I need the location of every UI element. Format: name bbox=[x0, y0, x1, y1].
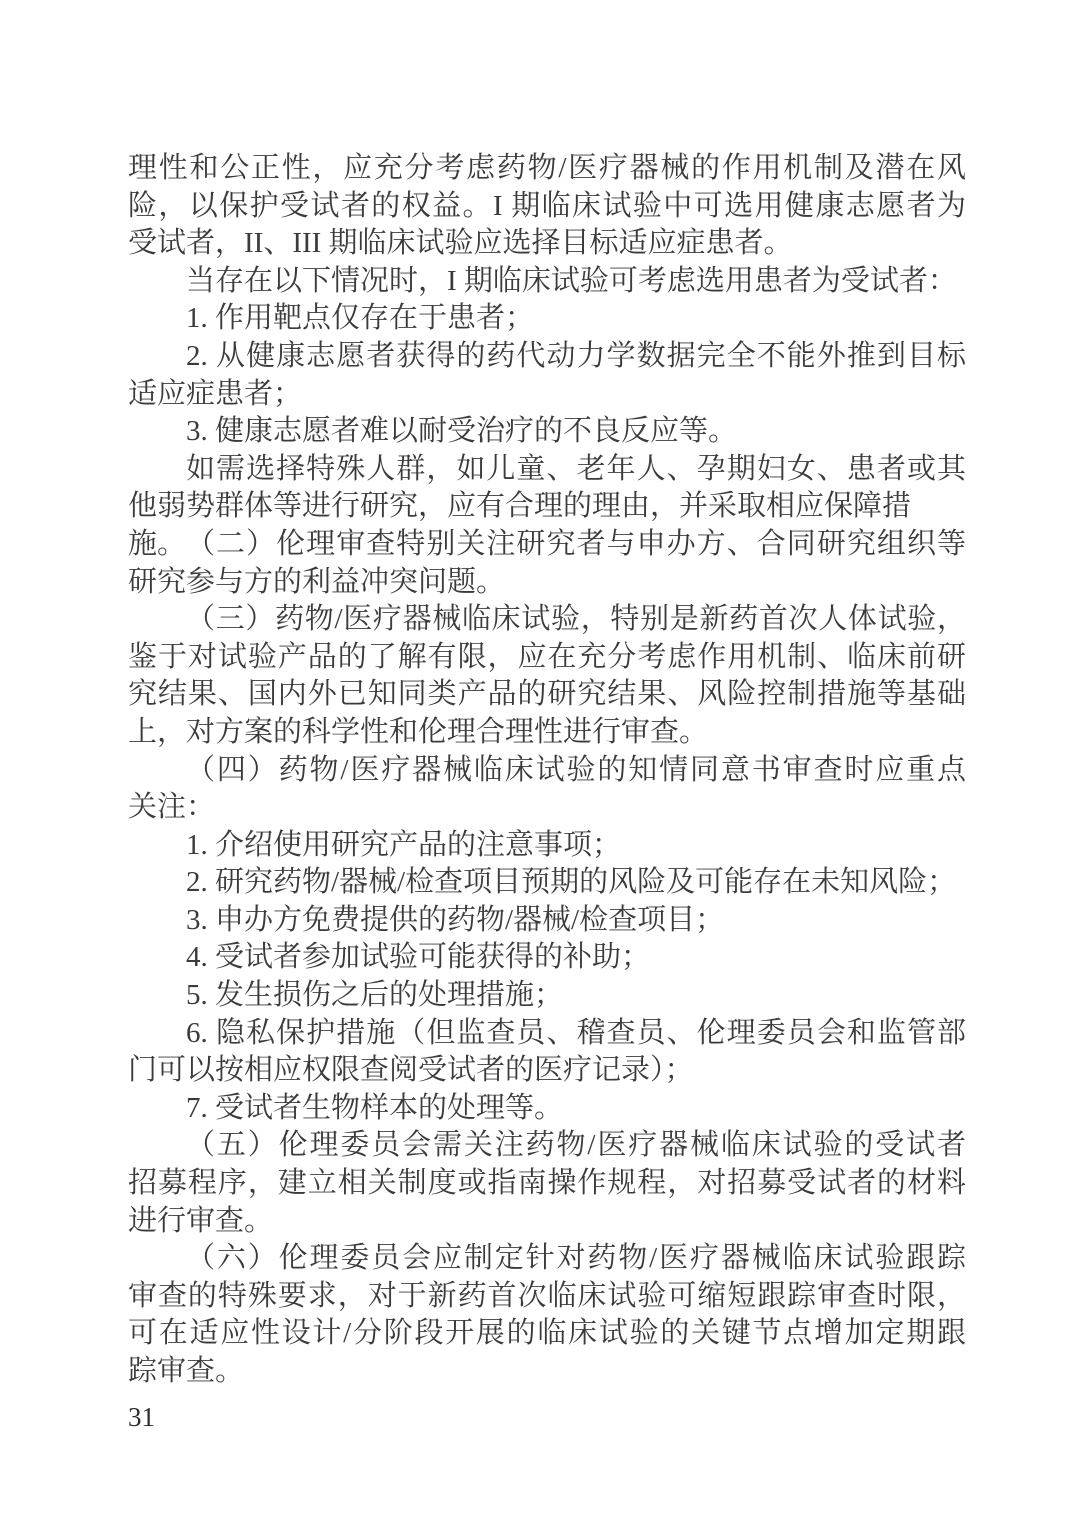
text-line: 他弱势群体等进行研究，应有合理的理由，并采取相应保障措施。 bbox=[128, 488, 966, 526]
text-line: 如需选择特殊人群，如儿童、老年人、孕期妇女、患者或其 bbox=[128, 451, 966, 489]
text-line: （三）药物/医疗器械临床试验，特别是新药首次人体试验， bbox=[128, 601, 966, 639]
text-line: 招募程序，建立相关制度或指南操作规程，对招募受试者的材料 bbox=[128, 1165, 966, 1203]
text-line: 理性和公正性，应充分考虑药物/医疗器械的作用机制及潜在风 bbox=[128, 150, 966, 188]
text-line: 6. 隐私保护措施（但监查员、稽查员、伦理委员会和监管部 bbox=[128, 1015, 966, 1053]
text-line: 究结果、国内外已知同类产品的研究结果、风险控制措施等基础 bbox=[128, 676, 966, 714]
text-line: 3. 健康志愿者难以耐受治疗的不良反应等。 bbox=[128, 413, 966, 451]
text-line: 可在适应性设计/分阶段开展的临床试验的关键节点增加定期跟 bbox=[128, 1315, 966, 1353]
text-line: 当存在以下情况时，I 期临床试验可考虑选用患者为受试者： bbox=[128, 263, 966, 301]
text-line: （四）药物/医疗器械临床试验的知情同意书审查时应重点 bbox=[128, 752, 966, 790]
document-page: 理性和公正性，应充分考虑药物/医疗器械的作用机制及潜在风险，以保护受试者的权益。… bbox=[0, 0, 1080, 1528]
text-line: （六）伦理委员会应制定针对药物/医疗器械临床试验跟踪 bbox=[128, 1240, 966, 1278]
text-line: 进行审查。 bbox=[128, 1203, 966, 1241]
text-line: 3. 申办方免费提供的药物/器械/检查项目； bbox=[128, 902, 966, 940]
text-line: 5. 发生损伤之后的处理措施； bbox=[128, 977, 966, 1015]
text-line: 2. 研究药物/器械/检查项目预期的风险及可能存在未知风险； bbox=[128, 864, 966, 902]
text-line: 适应症患者； bbox=[128, 376, 966, 414]
body-text: 理性和公正性，应充分考虑药物/医疗器械的作用机制及潜在风险，以保护受试者的权益。… bbox=[128, 150, 966, 1391]
text-line: 1. 作用靶点仅存在于患者； bbox=[128, 300, 966, 338]
text-line: 7. 受试者生物样本的处理等。 bbox=[128, 1090, 966, 1128]
page-number: 31 bbox=[128, 1400, 155, 1434]
text-line: 上，对方案的科学性和伦理合理性进行审查。 bbox=[128, 714, 966, 752]
text-line: 2. 从健康志愿者获得的药代动力学数据完全不能外推到目标 bbox=[128, 338, 966, 376]
text-line: 1. 介绍使用研究产品的注意事项； bbox=[128, 827, 966, 865]
text-line: （二）伦理审查特别关注研究者与申办方、合同研究组织等 bbox=[128, 526, 966, 564]
text-line: 关注： bbox=[128, 789, 966, 827]
text-line: 4. 受试者参加试验可能获得的补助； bbox=[128, 939, 966, 977]
text-line: 受试者，II、III 期临床试验应选择目标适应症患者。 bbox=[128, 225, 966, 263]
text-line: 踪审查。 bbox=[128, 1353, 966, 1391]
text-line: 审查的特殊要求，对于新药首次临床试验可缩短跟踪审查时限， bbox=[128, 1278, 966, 1316]
text-line: 险，以保护受试者的权益。I 期临床试验中可选用健康志愿者为 bbox=[128, 188, 966, 226]
text-line: 鉴于对试验产品的了解有限，应在充分考虑作用机制、临床前研 bbox=[128, 639, 966, 677]
text-line: （五）伦理委员会需关注药物/医疗器械临床试验的受试者 bbox=[128, 1127, 966, 1165]
text-line: 研究参与方的利益冲突问题。 bbox=[128, 564, 966, 602]
text-line: 门可以按相应权限查阅受试者的医疗记录）； bbox=[128, 1052, 966, 1090]
